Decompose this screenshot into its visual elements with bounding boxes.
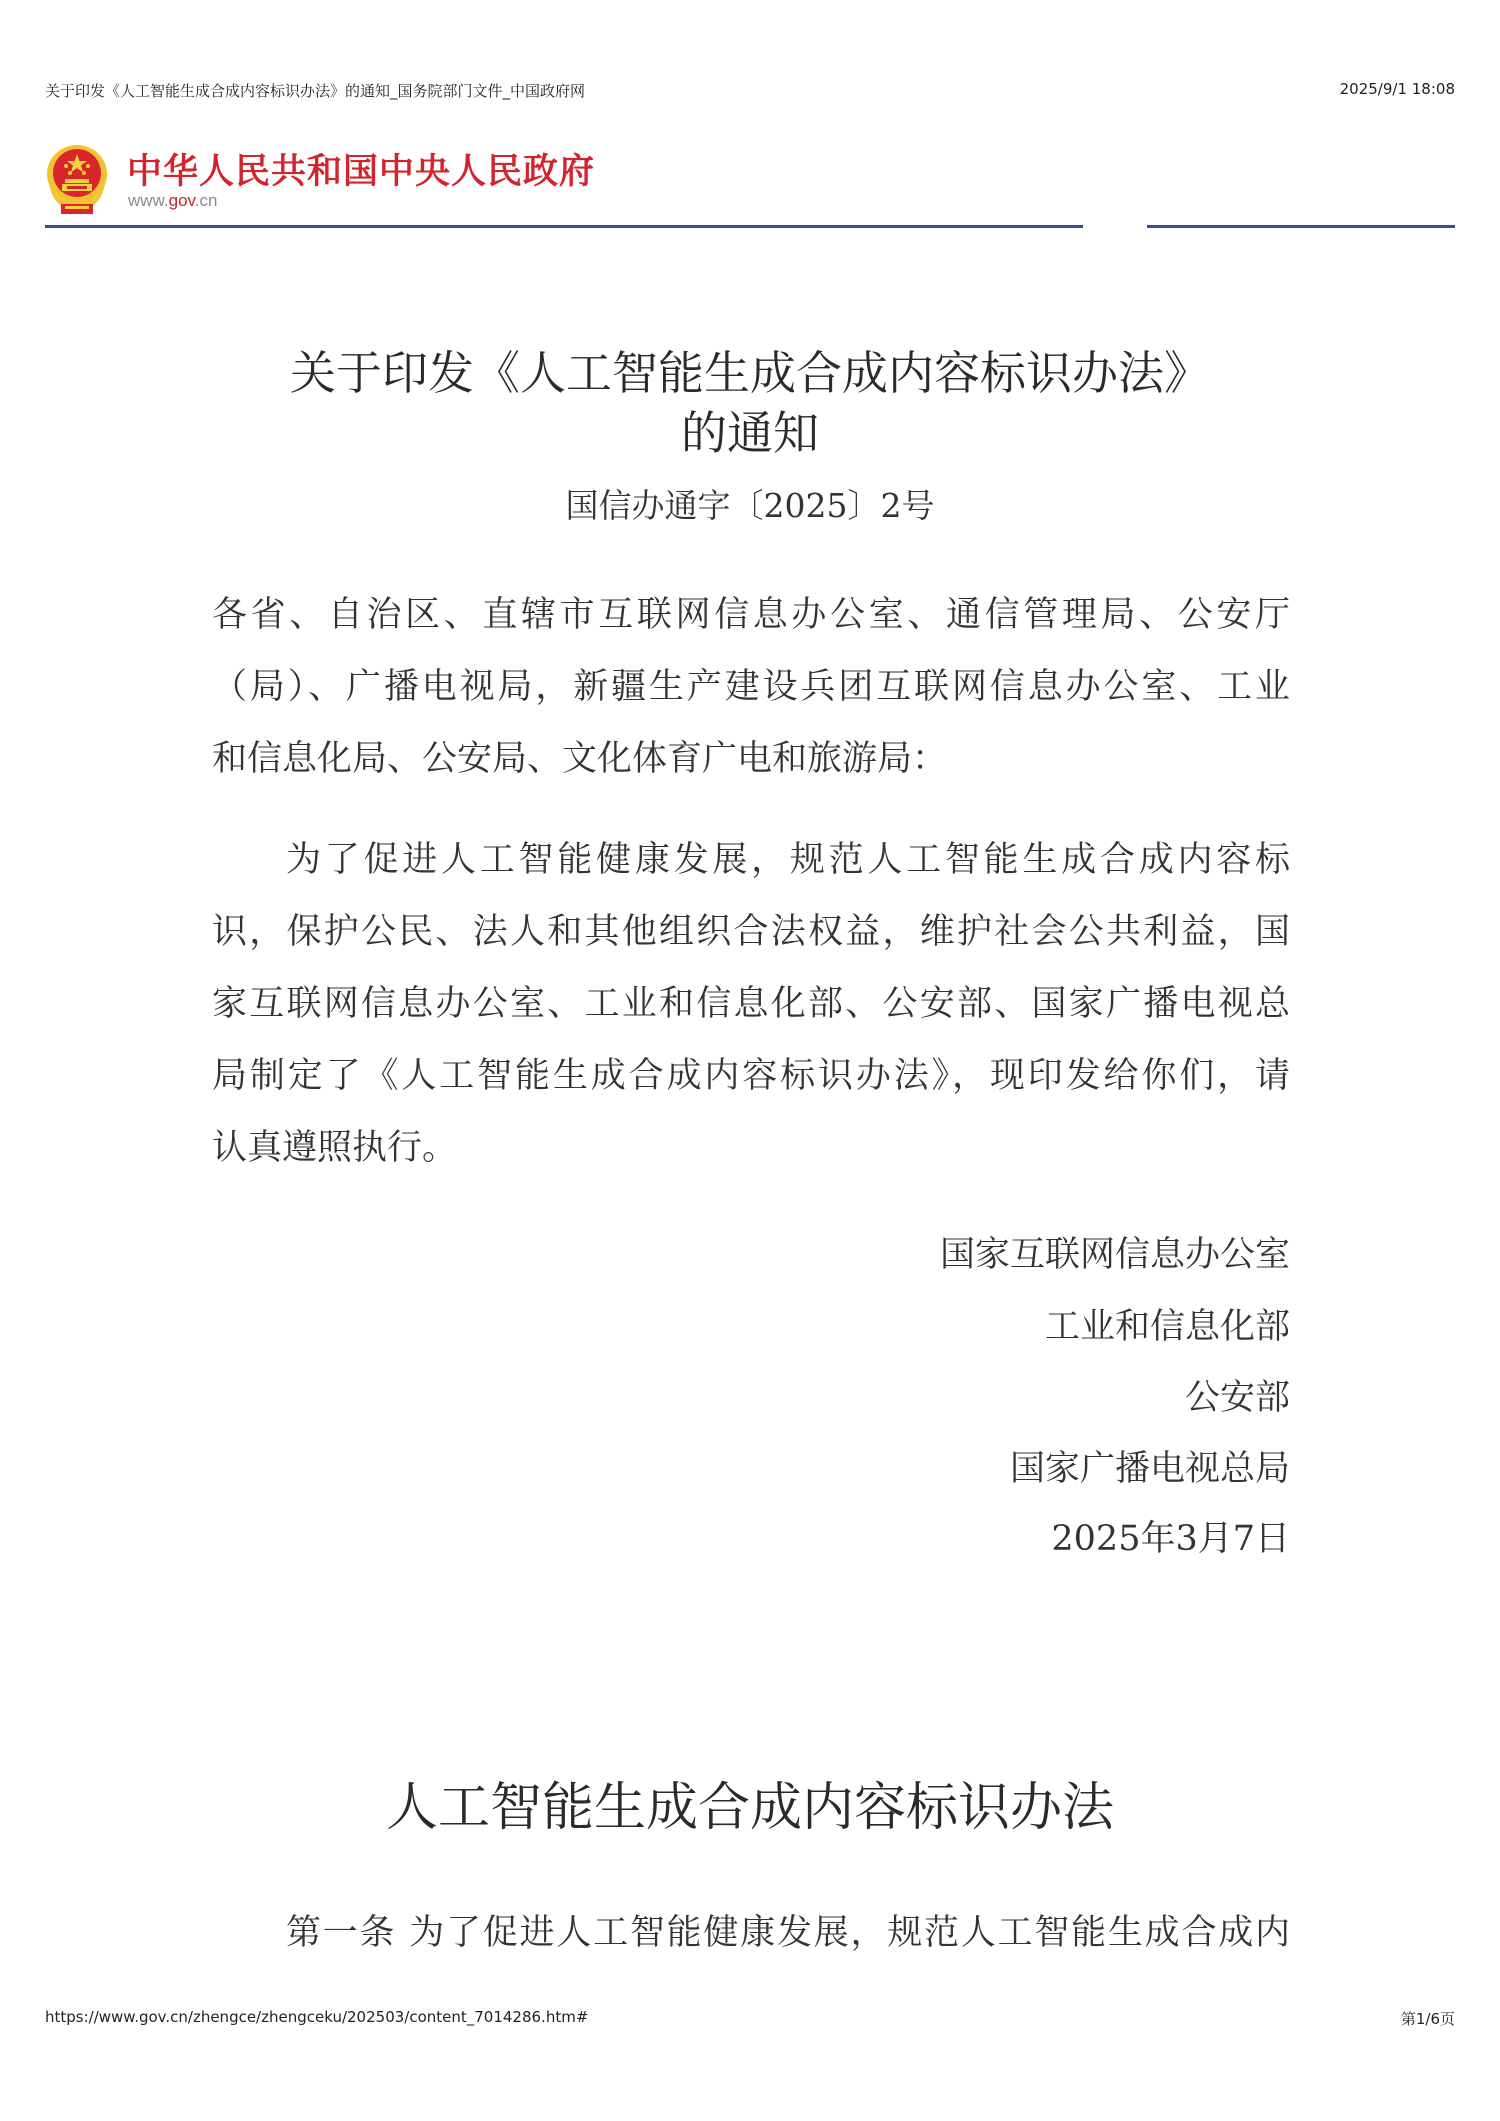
body-line: 识，保护公民、法人和其他组织合法权益，维护社会公共利益，国 [212,910,1290,954]
signatory: 国家互联网信息办公室 [940,1233,1290,1277]
header-divider-left [45,225,1083,228]
measures-title: 人工智能生成合成内容标识办法 [0,1776,1500,1840]
notice-title-line-1: 关于印发《人工智能生成合成内容标识办法》 [0,344,1500,402]
print-header: 关于印发《人工智能生成合成内容标识办法》的通知_国务院部门文件_中国政府网 20… [45,80,1455,104]
page-indicator: 第1/6页 [1401,2008,1455,2029]
addressee-line: （局）、广播电视局，新疆生产建设兵团互联网信息办公室、工业 [212,665,1290,709]
notice-date: 2025年3月7日 [1051,1517,1290,1561]
body-line: 家互联网信息办公室、工业和信息化部、公安部、国家广播电视总 [212,982,1290,1026]
print-page-title: 关于印发《人工智能生成合成内容标识办法》的通知_国务院部门文件_中国政府网 [45,80,585,101]
site-masthead[interactable]: 中华人民共和国中央人民政府 www.gov.cn [45,138,745,218]
body-line: 局制定了《人工智能生成合成内容标识办法》，现印发给你们，请 [212,1054,1290,1098]
site-url-prefix: www. [128,191,169,210]
body-line: 认真遵照执行。 [212,1126,1290,1170]
site-url-suffix: .cn [195,191,218,210]
notice-title-line-2: 的通知 [0,404,1500,462]
header-divider-right [1147,225,1455,228]
signatory: 工业和信息化部 [1045,1305,1290,1349]
signatory: 国家广播电视总局 [1010,1447,1290,1491]
document-number: 国信办通字〔2025〕2号 [0,484,1500,528]
print-datetime: 2025/9/1 18:08 [1340,80,1455,98]
site-url: www.gov.cn [128,191,217,211]
signatory: 公安部 [1185,1376,1290,1420]
page-url[interactable]: https://www.gov.cn/zhengce/zhengceku/202… [45,2008,588,2026]
print-footer: https://www.gov.cn/zhengce/zhengceku/202… [45,2008,1455,2030]
site-url-highlight: gov [169,191,195,210]
addressee-line: 和信息化局、公安局、文化体育广电和旅游局： [212,737,1290,781]
site-name: 中华人民共和国中央人民政府 [127,144,595,194]
national-emblem-icon [45,144,109,216]
addressee-line: 各省、自治区、直辖市互联网信息办公室、通信管理局、公安厅 [212,593,1290,637]
body-line: 为了促进人工智能健康发展，规范人工智能生成合成内容标 [286,838,1290,882]
article-1-line: 第一条 为了促进人工智能健康发展，规范人工智能生成合成内 [286,1911,1290,1955]
